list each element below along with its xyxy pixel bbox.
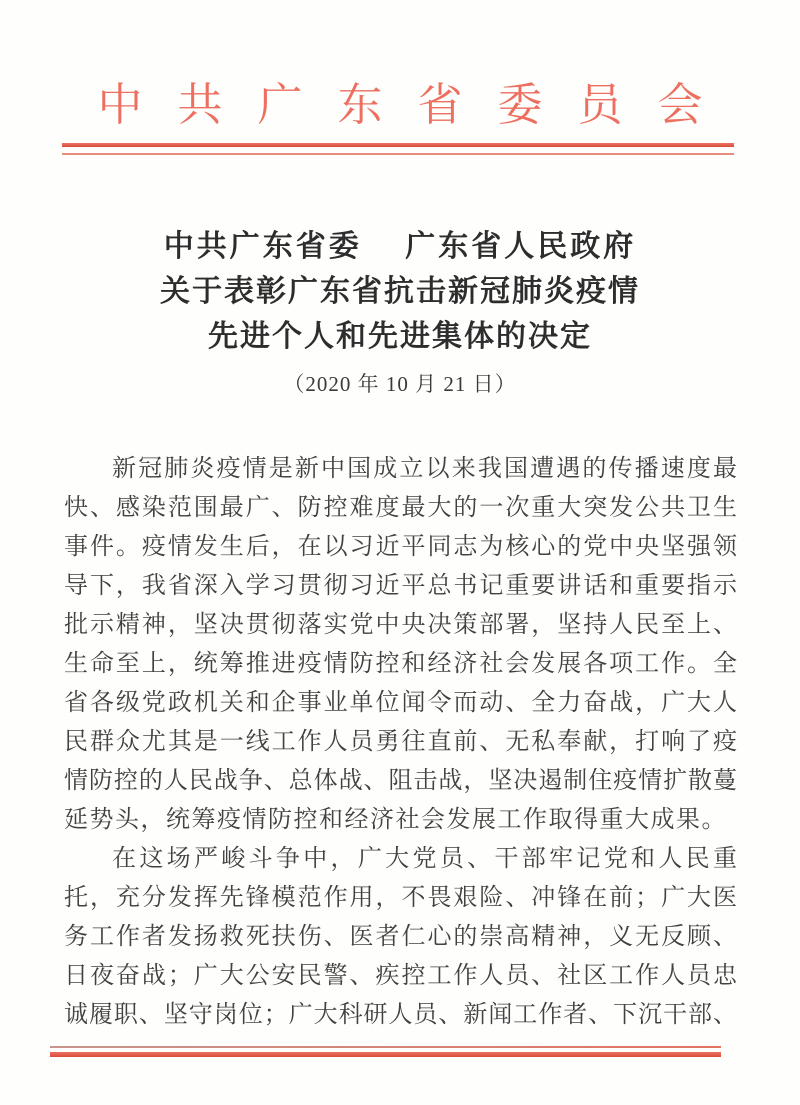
body-line: 延势头，统筹疫情防控和经济社会发展工作取得重大成果。	[64, 801, 737, 840]
body-line: 日夜奋战；广大公安民警、疾控工作人员、社区工作人员忠	[64, 957, 737, 996]
separator-thick-line	[50, 1052, 721, 1057]
separator-thin-line	[62, 153, 734, 155]
body-line: 生命至上，统筹推进疫情防控和经济社会发展各项工作。全	[64, 645, 737, 684]
body-line: 务工作者发扬救死扶伤、医者仁心的崇高精神，义无反顾、	[64, 918, 737, 957]
body-line: 情防控的人民战争、总体战、阻击战，坚决遏制住疫情扩散蔓	[64, 762, 737, 801]
separator-thick-line	[62, 143, 734, 147]
footer-separator	[50, 1046, 721, 1057]
scanned-document-page: 中共广东省委员会 中共广东省委 广东省人民政府 关于表彰广东省抗击新冠肺炎疫情 …	[0, 0, 800, 1105]
body-line: 导下，我省深入学习贯彻习近平总书记重要讲话和重要指示	[64, 567, 737, 606]
body-line: 诚履职、坚守岗位；广大科研人员、新闻工作者、下沉干部、	[64, 996, 737, 1035]
title-line-subject: 关于表彰广东省抗击新冠肺炎疫情	[0, 269, 800, 314]
body-line: 新冠肺炎疫情是新中国成立以来我国遭遇的传播速度最	[64, 450, 737, 489]
body-line: 民群众尤其是一线工作人员勇往直前、无私奉献，打响了疫	[64, 723, 737, 762]
body-line: 在这场严峻斗争中，广大党员、干部牢记党和人民重	[64, 840, 737, 879]
document-body: 新冠肺炎疫情是新中国成立以来我国遭遇的传播速度最 快、感染范围最广、防控难度最大…	[64, 450, 737, 1035]
body-line: 省各级党政机关和企事业单位闻令而动、全力奋战，广大人	[64, 684, 737, 723]
letterhead-title: 中共广东省委员会	[0, 80, 800, 130]
document-title: 中共广东省委 广东省人民政府 关于表彰广东省抗击新冠肺炎疫情 先进个人和先进集体…	[0, 224, 800, 359]
letterhead-separator	[62, 143, 734, 155]
title-line-decision: 先进个人和先进集体的决定	[0, 314, 800, 359]
body-line: 事件。疫情发生后，在以习近平同志为核心的党中央坚强领	[64, 528, 737, 567]
separator-thin-line	[50, 1046, 721, 1048]
body-line: 托，充分发挥先锋模范作用，不畏艰险、冲锋在前；广大医	[64, 879, 737, 918]
document-date: （2020 年 10 月 21 日）	[0, 369, 800, 399]
body-line: 快、感染范围最广、防控难度最大的一次重大突发公共卫生	[64, 489, 737, 528]
body-line: 批示精神，坚决贯彻落实党中央决策部署，坚持人民至上、	[64, 606, 737, 645]
title-line-issuers: 中共广东省委 广东省人民政府	[0, 224, 800, 269]
